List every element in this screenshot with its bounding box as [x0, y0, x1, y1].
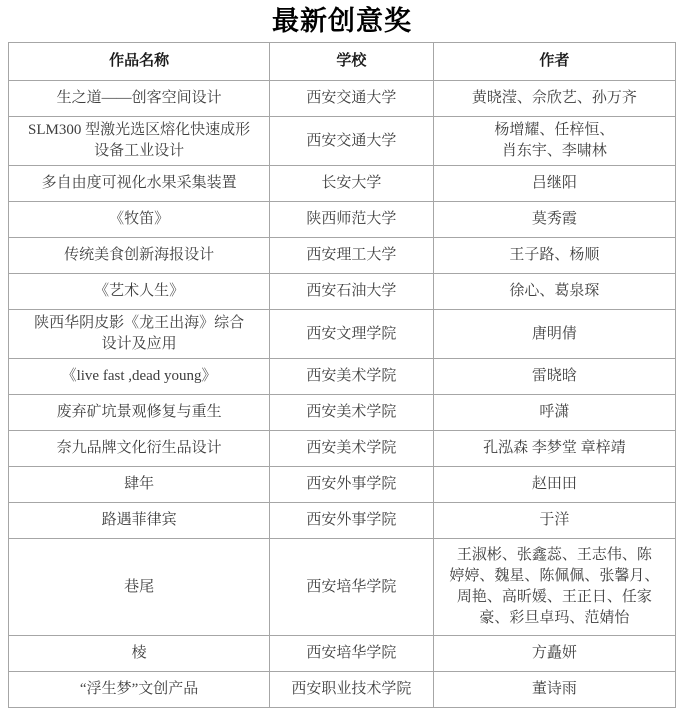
author-cell: 黄晓滢、佘欣艺、孙万齐 [433, 81, 675, 117]
school-cell: 西安文理学院 [270, 310, 434, 359]
author-cell: 徐心、葛泉琛 [433, 274, 675, 310]
table-row: SLM300 型激光选区熔化快速成形 设备工业设计西安交通大学杨增耀、任梓恒、 … [9, 117, 676, 166]
school-cell: 西安外事学院 [270, 467, 434, 503]
table-row: 巷尾西安培华学院王淑彬、张鑫蕊、王志伟、陈 婷婷、魏星、陈佩佩、张馨月、 周艳、… [9, 539, 676, 636]
school-cell: 西安美术学院 [270, 431, 434, 467]
column-header-school: 学校 [270, 43, 434, 81]
author-cell: 吕继阳 [433, 166, 675, 202]
author-cell: 方矗妍 [433, 636, 675, 672]
school-cell: 西安理工大学 [270, 238, 434, 274]
award-table-body: 生之道——创客空间设计西安交通大学黄晓滢、佘欣艺、孙万齐SLM300 型激光选区… [9, 81, 676, 708]
school-cell: 西安交通大学 [270, 81, 434, 117]
work-name-cell: “浮生梦”文创产品 [9, 672, 270, 708]
award-table-header: 作品名称 学校 作者 [9, 43, 676, 81]
school-cell: 西安美术学院 [270, 395, 434, 431]
work-name-cell: 巷尾 [9, 539, 270, 636]
page-title: 最新创意奖 [0, 2, 684, 40]
table-row: 路遇菲律宾西安外事学院于洋 [9, 503, 676, 539]
author-cell: 赵田田 [433, 467, 675, 503]
table-row: 传统美食创新海报设计西安理工大学王子路、杨顺 [9, 238, 676, 274]
table-row: 生之道——创客空间设计西安交通大学黄晓滢、佘欣艺、孙万齐 [9, 81, 676, 117]
column-header-author: 作者 [433, 43, 675, 81]
school-cell: 西安职业技术学院 [270, 672, 434, 708]
work-name-cell: 路遇菲律宾 [9, 503, 270, 539]
school-cell: 西安美术学院 [270, 359, 434, 395]
author-cell: 王淑彬、张鑫蕊、王志伟、陈 婷婷、魏星、陈佩佩、张馨月、 周艳、高昕媛、王正日、… [433, 539, 675, 636]
author-cell: 呼潇 [433, 395, 675, 431]
work-name-cell: 陕西华阴皮影《龙王出海》综合 设计及应用 [9, 310, 270, 359]
table-row: 废弃矿坑景观修复与重生西安美术学院呼潇 [9, 395, 676, 431]
work-name-cell: SLM300 型激光选区熔化快速成形 设备工业设计 [9, 117, 270, 166]
school-cell: 陕西师范大学 [270, 202, 434, 238]
author-cell: 莫秀霞 [433, 202, 675, 238]
award-table: 作品名称 学校 作者 生之道——创客空间设计西安交通大学黄晓滢、佘欣艺、孙万齐S… [8, 42, 676, 708]
author-cell: 孔泓森 李梦堂 章梓靖 [433, 431, 675, 467]
table-row: “浮生梦”文创产品西安职业技术学院董诗雨 [9, 672, 676, 708]
school-cell: 长安大学 [270, 166, 434, 202]
school-cell: 西安交通大学 [270, 117, 434, 166]
table-row: 棱西安培华学院方矗妍 [9, 636, 676, 672]
school-cell: 西安石油大学 [270, 274, 434, 310]
author-cell: 杨增耀、任梓恒、 肖东宇、李啸林 [433, 117, 675, 166]
school-cell: 西安外事学院 [270, 503, 434, 539]
work-name-cell: 传统美食创新海报设计 [9, 238, 270, 274]
table-row: 奈九品牌文化衍生品设计西安美术学院孔泓森 李梦堂 章梓靖 [9, 431, 676, 467]
school-cell: 西安培华学院 [270, 539, 434, 636]
author-cell: 于洋 [433, 503, 675, 539]
table-row: 多自由度可视化水果采集装置长安大学吕继阳 [9, 166, 676, 202]
table-row: 《live fast ,dead young》西安美术学院雷晓晗 [9, 359, 676, 395]
table-row: 《艺术人生》西安石油大学徐心、葛泉琛 [9, 274, 676, 310]
work-name-cell: 棱 [9, 636, 270, 672]
work-name-cell: 奈九品牌文化衍生品设计 [9, 431, 270, 467]
work-name-cell: 《艺术人生》 [9, 274, 270, 310]
author-cell: 雷晓晗 [433, 359, 675, 395]
work-name-cell: 废弃矿坑景观修复与重生 [9, 395, 270, 431]
work-name-cell: 《live fast ,dead young》 [9, 359, 270, 395]
column-header-work: 作品名称 [9, 43, 270, 81]
school-cell: 西安培华学院 [270, 636, 434, 672]
header-row: 作品名称 学校 作者 [9, 43, 676, 81]
table-row: 陕西华阴皮影《龙王出海》综合 设计及应用西安文理学院唐明倩 [9, 310, 676, 359]
author-cell: 董诗雨 [433, 672, 675, 708]
work-name-cell: 多自由度可视化水果采集装置 [9, 166, 270, 202]
table-row: 《牧笛》陕西师范大学莫秀霞 [9, 202, 676, 238]
table-row: 肆年西安外事学院赵田田 [9, 467, 676, 503]
author-cell: 王子路、杨顺 [433, 238, 675, 274]
work-name-cell: 《牧笛》 [9, 202, 270, 238]
work-name-cell: 生之道——创客空间设计 [9, 81, 270, 117]
work-name-cell: 肆年 [9, 467, 270, 503]
author-cell: 唐明倩 [433, 310, 675, 359]
